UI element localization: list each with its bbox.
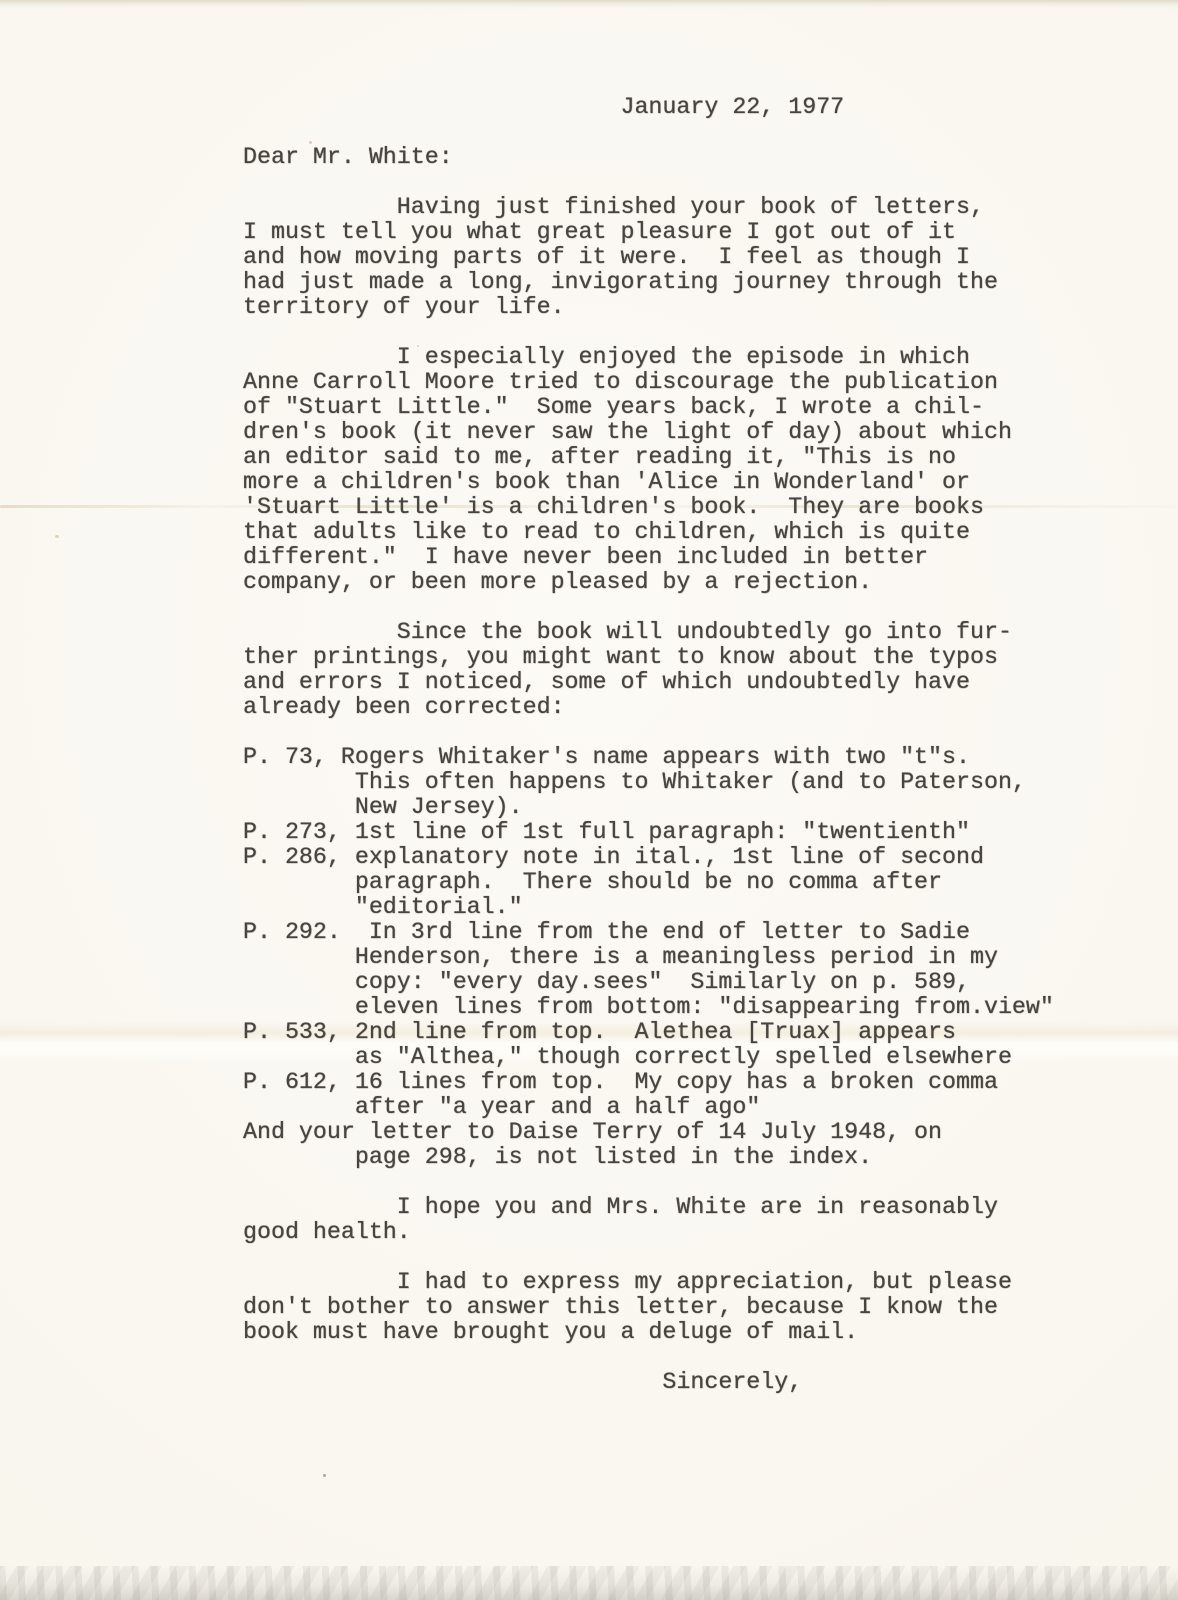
paper-speck: [323, 1474, 326, 1477]
paper-speck: [309, 141, 312, 144]
scan-bottom-edge: [0, 1566, 1178, 1600]
scanned-letter-page: January 22, 1977 Dear Mr. White: Having …: [0, 0, 1178, 1600]
paper-speck: [417, 345, 419, 347]
letter-body-text: January 22, 1977 Dear Mr. White: Having …: [243, 95, 1054, 1395]
paper-speck: [55, 535, 59, 538]
